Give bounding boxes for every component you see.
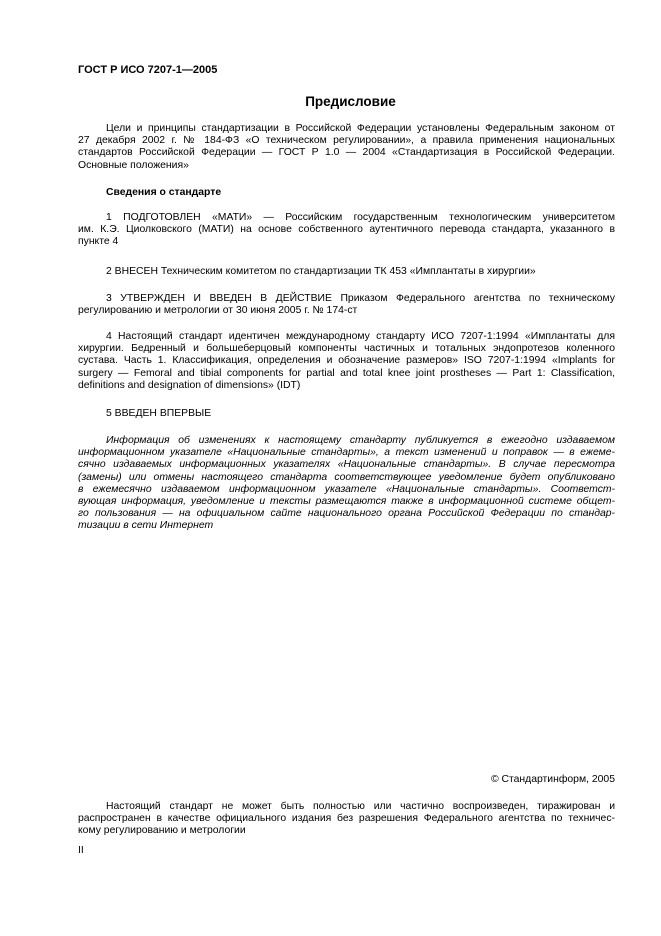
text-line: го пользования — на официальном сайте на…: [78, 508, 615, 520]
text-line: 5 ВВЕДЕН ВПЕРВЫЕ: [78, 408, 615, 420]
text-line: кому регулированию и метрологии: [78, 825, 615, 837]
rights-paragraph: Настоящий стандарт не может быть полност…: [78, 801, 615, 838]
text-line: хирургии. Бедренный и большеберцовый ком…: [78, 343, 615, 355]
text-line: пункте 4: [78, 236, 615, 248]
text-line: сустава. Часть 1. Классификация, определ…: [78, 355, 615, 367]
notice-paragraph: Информация об изменениях к настоящему ст…: [78, 435, 615, 533]
text-line: информационном указателе «Национальные с…: [78, 447, 615, 459]
text-line: definitions and designation of dimension…: [78, 380, 615, 392]
item-1: 1 ПОДГОТОВЛЕН «МАТИ» — Российским госуда…: [78, 212, 615, 249]
item-3: 3 УТВЕРЖДЕН И ВВЕДЕН В ДЕЙСТВИЕ Приказом…: [78, 293, 615, 317]
item-5: 5 ВВЕДЕН ВПЕРВЫЕ: [78, 408, 615, 420]
text-line: 1 ПОДГОТОВЛЕН «МАТИ» — Российским госуда…: [78, 212, 615, 224]
text-line: Информация об изменениях к настоящему ст…: [78, 435, 615, 447]
text-line: тизации в сети Интернет: [78, 520, 615, 532]
text-line: (замены) или отмены настоящего стандарта…: [78, 472, 615, 484]
text-line: Настоящий стандарт не может быть полност…: [78, 801, 615, 813]
text-line: распространен в качестве официального из…: [78, 813, 615, 825]
text-line: вующая информация, уведомление и тексты …: [78, 496, 615, 508]
text-line: сячно издаваемых информационных указател…: [78, 459, 615, 471]
text-line: 27 декабря 2002 г. № 184-ФЗ «О техническ…: [78, 135, 615, 147]
text-line: в ежемесячно издаваемом информационном у…: [78, 484, 615, 496]
item-4: 4 Настоящий стандарт идентичен междунаро…: [78, 331, 615, 392]
text-line: регулированию и метрологии от 30 июня 20…: [78, 305, 615, 317]
text-line: 2 ВНЕСЕН Техническим комитетом по станда…: [78, 266, 615, 278]
item-2: 2 ВНЕСЕН Техническим комитетом по станда…: [78, 266, 615, 278]
copyright-notice: © Стандартинформ, 2005: [491, 774, 615, 786]
text-line: 4 Настоящий стандарт идентичен междунаро…: [78, 331, 615, 343]
page-number: II: [78, 845, 84, 857]
text-line: Основные положения»: [78, 160, 615, 172]
section-title: Сведения о стандарте: [106, 187, 221, 199]
text-line: surgery — Femoral and tibial components …: [78, 368, 615, 380]
text-line: 3 УТВЕРЖДЕН И ВВЕДЕН В ДЕЙСТВИЕ Приказом…: [78, 293, 615, 305]
page-title: Предисловие: [0, 96, 661, 108]
document-code: ГОСТ Р ИСО 7207-1—2005: [78, 64, 217, 76]
text-line: Цели и принципы стандартизации в Российс…: [78, 123, 615, 135]
text-line: стандартов Российской Федерации — ГОСТ Р…: [78, 147, 615, 159]
intro-paragraph: Цели и принципы стандартизации в Российс…: [78, 123, 615, 172]
text-line: им. К.Э. Циолковского (МАТИ) на основе с…: [78, 224, 615, 236]
